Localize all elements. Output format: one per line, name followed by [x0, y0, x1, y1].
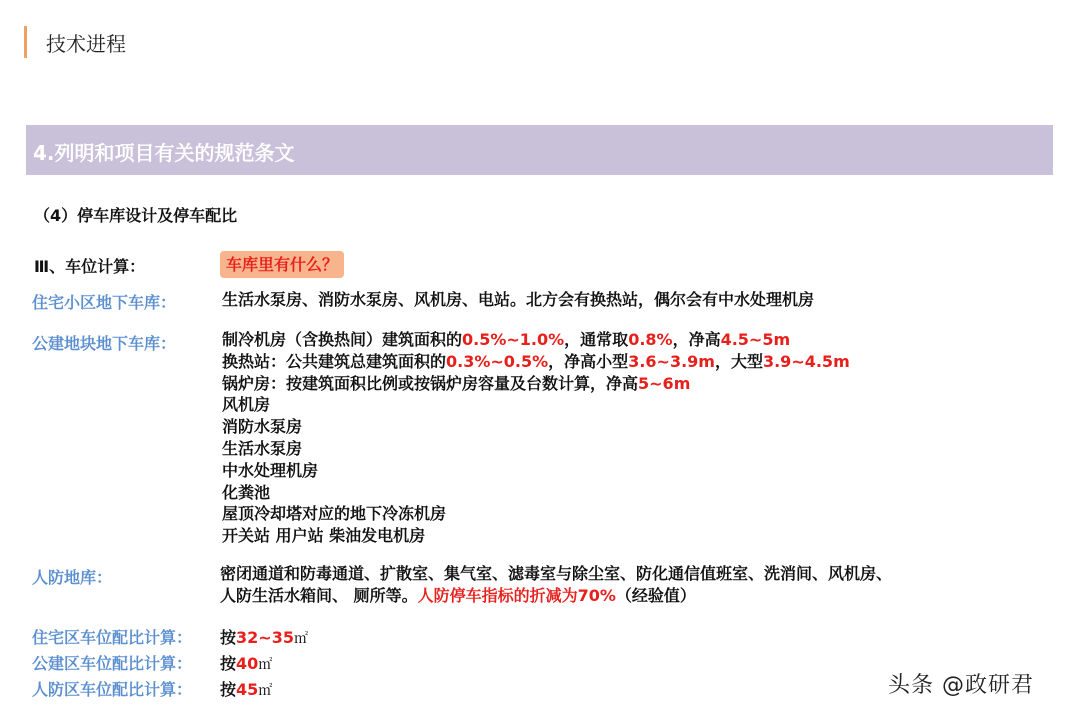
value: 3.9~4.5m — [763, 352, 850, 371]
question-badge: 车库里有什么？ — [220, 251, 344, 278]
residential-text: 生活水泵房、消防水泵房、风机房、电站。北方会有换热站，偶尔会有中水处理机房 — [222, 289, 814, 311]
text: ，净高小型 — [548, 352, 628, 371]
line-heat-exchange: 换热站：公共建筑总建筑面积的0.3%~0.5%，净高小型3.6~3.9m，大型3… — [222, 351, 850, 373]
list-item: 风机房 — [222, 394, 850, 416]
ratio-value: 40 — [236, 654, 258, 673]
ratio-unit: ㎡ — [294, 631, 308, 647]
public-label: 公建地块地下车库： — [32, 331, 176, 354]
civil-defense-line1: 密闭通道和防毒通道、扩散室、集气室、滤毒室与除尘室、防化通信值班室、洗消间、风机… — [220, 563, 892, 585]
civil-defense-label: 人防地库： — [32, 565, 112, 588]
line-boiler: 锅炉房：按建筑面积比例或按锅炉房容量及台数计算，净高5~6m — [222, 373, 850, 395]
watermark: 头条 @政研君 — [888, 668, 1034, 699]
value: 人防停车指标的折减为70% — [418, 586, 616, 605]
list-item: 化粪池 — [222, 482, 850, 504]
text: 换热站：公共建筑总建筑面积的 — [222, 352, 446, 371]
value: 0.3%~0.5% — [446, 352, 548, 371]
text: 锅炉房：按建筑面积比例或按锅炉房容量及台数计算，净高 — [222, 374, 638, 393]
line-refrigeration: 制冷机房（含换热间）建筑面积的0.5%~1.0%，通常取0.8%，净高4.5~5… — [222, 329, 850, 351]
ratio-row-civil-defense: 人防区车位配比计算：按45㎡ — [32, 677, 272, 700]
value: 0.5%~1.0% — [462, 330, 564, 349]
header-accent-bar — [24, 26, 27, 58]
list-item: 中水处理机房 — [222, 460, 850, 482]
text: 人防生活水箱间、 厕所等。 — [220, 586, 418, 605]
value: 5~6m — [638, 374, 690, 393]
list-item: 屋顶冷却塔对应的地下冷冻机房 — [222, 503, 850, 525]
subheading: （4）停车库设计及停车配比 — [34, 203, 237, 226]
value: 3.6~3.9m — [628, 352, 715, 371]
list-item: 开关站 用户站 柴油发电机房 — [222, 525, 850, 547]
ratio-prefix: 按 — [220, 654, 236, 673]
page-title: 技术进程 — [46, 28, 126, 57]
text: ，通常取 — [564, 330, 628, 349]
list-item: 生活水泵房 — [222, 438, 850, 460]
ratio-prefix: 按 — [220, 628, 236, 647]
text: ，大型 — [715, 352, 763, 371]
civil-defense-content: 密闭通道和防毒通道、扩散室、集气室、滤毒室与除尘室、防化通信值班室、洗消间、风机… — [220, 563, 892, 607]
ratio-unit: ㎡ — [258, 683, 272, 699]
value: 4.5~5m — [721, 330, 791, 349]
ratio-row-public: 公建区车位配比计算：按40㎡ — [32, 651, 272, 674]
ratio-label: 住宅区车位配比计算： — [32, 625, 220, 648]
ratio-label: 公建区车位配比计算： — [32, 651, 220, 674]
ratio-value: 32~35 — [236, 628, 294, 647]
ratio-row-residential: 住宅区车位配比计算：按32~35㎡ — [32, 625, 308, 648]
list-item: 消防水泵房 — [222, 416, 850, 438]
value: 0.8% — [628, 330, 672, 349]
text: ，净高 — [673, 330, 721, 349]
public-content: 制冷机房（含换热间）建筑面积的0.5%~1.0%，通常取0.8%，净高4.5~5… — [222, 329, 850, 547]
section-band: 4.列明和项目有关的规范条文 — [26, 125, 1053, 175]
calc-label: Ⅲ、车位计算： — [34, 254, 145, 277]
ratio-value: 45 — [236, 680, 258, 699]
ratio-prefix: 按 — [220, 680, 236, 699]
ratio-label: 人防区车位配比计算： — [32, 677, 220, 700]
section-title: 4.列明和项目有关的规范条文 — [33, 137, 295, 166]
residential-label: 住宅小区地下车库： — [32, 290, 176, 313]
civil-defense-line2: 人防生活水箱间、 厕所等。人防停车指标的折减为70%（经验值） — [220, 585, 892, 607]
text: （经验值） — [616, 586, 696, 605]
ratio-unit: ㎡ — [258, 657, 272, 673]
text: 制冷机房（含换热间）建筑面积的 — [222, 330, 462, 349]
